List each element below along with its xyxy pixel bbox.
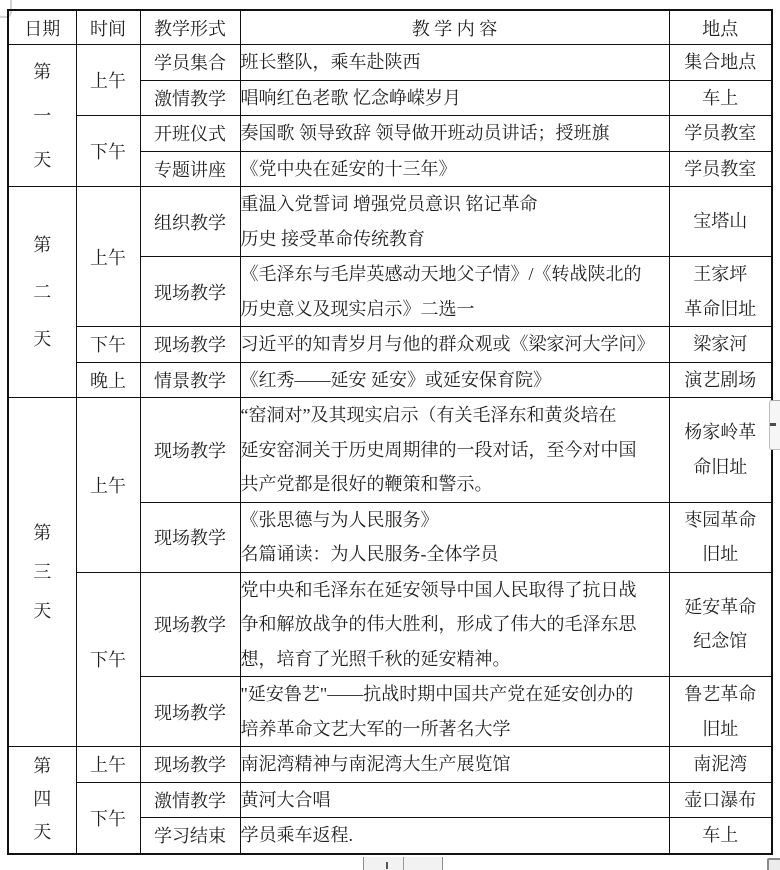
location-cell: 延安革命 纪念馆 — [669, 572, 772, 677]
form-cell: 现场教学 — [140, 502, 240, 572]
table-row: 下午现场教学党中央和毛泽东在延安领导中国人民取得了抗日战 争和解放战争的伟大胜利… — [8, 572, 772, 677]
date-cell: 第 四 天 — [8, 747, 76, 854]
table-row: 下午现场教学习近平的知青岁月与他的群众观或《梁家河大学问》梁家河 — [8, 327, 772, 363]
form-cell: 专题讲座 — [140, 151, 240, 187]
corner-ui-fragment[interactable] — [767, 858, 780, 870]
table-row: 第 一 天上午学员集合班长整队，乘车赴陕西集合地点 — [8, 45, 772, 81]
date-cell: 第 二 天 — [8, 187, 76, 398]
content-cell: 奏国歌 领导致辞 领导做开班动员讲话；授班旗 — [240, 116, 669, 152]
schedule-table: 日期 时间 教学形式 教 学 内 容 地点 第 一 天上午学员集合班长整队，乘车… — [7, 9, 773, 855]
location-cell: 枣园革命 旧址 — [669, 502, 772, 572]
location-cell: 车上 — [669, 80, 772, 116]
content-cell: "延安鲁艺"——抗战时期中国共产党在延安创办的 培养革命文艺大军的一所著名大学 — [240, 677, 669, 747]
table-row: 第 二 天上午组织教学重温入党誓词 增强党员意识 铭记革命 历史 接受革命传统教… — [8, 187, 772, 257]
table-row: 第 三 天上午现场教学“窑洞对”及其现实启示（有关毛泽东和黄炎培在 延安窑洞关于… — [8, 398, 772, 503]
form-cell: 学员集合 — [140, 45, 240, 81]
content-cell: 习近平的知青岁月与他的群众观或《梁家河大学问》 — [240, 327, 669, 363]
location-cell: 学员教室 — [669, 151, 772, 187]
content-cell: 《红秀——延安 延安》或延安保育院》 — [240, 362, 669, 398]
time-cell: 下午 — [76, 782, 140, 854]
form-cell: 现场教学 — [140, 572, 240, 677]
time-cell: 下午 — [76, 116, 140, 187]
time-cell: 下午 — [76, 327, 140, 363]
location-cell: 南泥湾 — [669, 747, 772, 783]
scrollbar-divider — [403, 857, 404, 870]
time-cell: 上午 — [76, 398, 140, 573]
header-form: 教学形式 — [140, 10, 240, 45]
date-cell: 第 三 天 — [8, 398, 76, 747]
table-row: 下午开班仪式奏国歌 领导致辞 领导做开班动员讲话；授班旗学员教室 — [8, 116, 772, 152]
content-cell: 南泥湾精神与南泥湾大生产展览馆 — [240, 747, 669, 783]
location-cell: 壶口瀑布 — [669, 782, 772, 818]
table-row: 下午激情教学黄河大合唱壶口瀑布 — [8, 782, 772, 818]
form-cell: 激情教学 — [140, 80, 240, 116]
form-cell: 现场教学 — [140, 747, 240, 783]
time-cell: 上午 — [76, 747, 140, 783]
date-cell: 第 一 天 — [8, 45, 76, 187]
scrollbar-tick-icon — [386, 862, 388, 869]
location-cell: 宝塔山 — [669, 187, 772, 257]
form-cell: 学习结束 — [140, 818, 240, 854]
form-cell: 现场教学 — [140, 398, 240, 503]
form-cell: 激情教学 — [140, 782, 240, 818]
content-cell: 《毛泽东与毛岸英感动天地父子情》/《转战陕北的 历史意义及现实启示》二选一 — [240, 257, 669, 327]
form-cell: 现场教学 — [140, 677, 240, 747]
header-row: 日期 时间 教学形式 教 学 内 容 地点 — [8, 10, 772, 45]
schedule-body: 第 一 天上午学员集合班长整队，乘车赴陕西集合地点激情教学唱响红色老歌 忆念峥嵘… — [8, 45, 772, 854]
location-cell: 梁家河 — [669, 327, 772, 363]
table-row: 晚上情景教学《红秀——延安 延安》或延安保育院》演艺剧场 — [8, 362, 772, 398]
content-cell: 唱响红色老歌 忆念峥嵘岁月 — [240, 80, 669, 116]
location-cell: 杨家岭革 命旧址 — [669, 398, 772, 503]
location-cell: 车上 — [669, 818, 772, 854]
content-cell: 《张思德与为人民服务》 名篇诵读：为人民服务-全体学员 — [240, 502, 669, 572]
vertical-scrollbar-thumb[interactable] — [769, 400, 780, 450]
form-cell: 情景教学 — [140, 362, 240, 398]
header-time: 时间 — [76, 10, 140, 45]
time-cell: 上午 — [76, 187, 140, 327]
location-cell: 演艺剧场 — [669, 362, 772, 398]
form-cell: 现场教学 — [140, 257, 240, 327]
content-cell: 《党中央在延安的十三年》 — [240, 151, 669, 187]
content-cell: “窑洞对”及其现实启示（有关毛泽东和黄炎培在 延安窑洞关于历史周期律的一段对话，… — [240, 398, 669, 503]
header-date: 日期 — [8, 10, 76, 45]
location-cell: 王家坪 革命旧址 — [669, 257, 772, 327]
table-row: 第 四 天上午现场教学南泥湾精神与南泥湾大生产展览馆南泥湾 — [8, 747, 772, 783]
content-cell: 班长整队，乘车赴陕西 — [240, 45, 669, 81]
content-cell: 重温入党誓词 增强党员意识 铭记革命 历史 接受革命传统教育 — [240, 187, 669, 257]
location-cell: 集合地点 — [669, 45, 772, 81]
time-cell: 上午 — [76, 45, 140, 116]
location-cell: 学员教室 — [669, 116, 772, 152]
content-cell: 党中央和毛泽东在延安领导中国人民取得了抗日战 争和解放战争的伟大胜利，形成了伟大… — [240, 572, 669, 677]
header-location: 地点 — [669, 10, 772, 45]
time-cell: 晚上 — [76, 362, 140, 398]
header-content: 教 学 内 容 — [240, 10, 669, 45]
location-cell: 鲁艺革命 旧址 — [669, 677, 772, 747]
content-cell: 学员乘车返程. — [240, 818, 669, 854]
content-cell: 黄河大合唱 — [240, 782, 669, 818]
form-cell: 组织教学 — [140, 187, 240, 257]
scrollbar-dash-icon — [770, 423, 776, 426]
time-cell: 下午 — [76, 572, 140, 747]
horizontal-scrollbar-fragment[interactable] — [363, 857, 443, 870]
form-cell: 开班仪式 — [140, 116, 240, 152]
form-cell: 现场教学 — [140, 327, 240, 363]
